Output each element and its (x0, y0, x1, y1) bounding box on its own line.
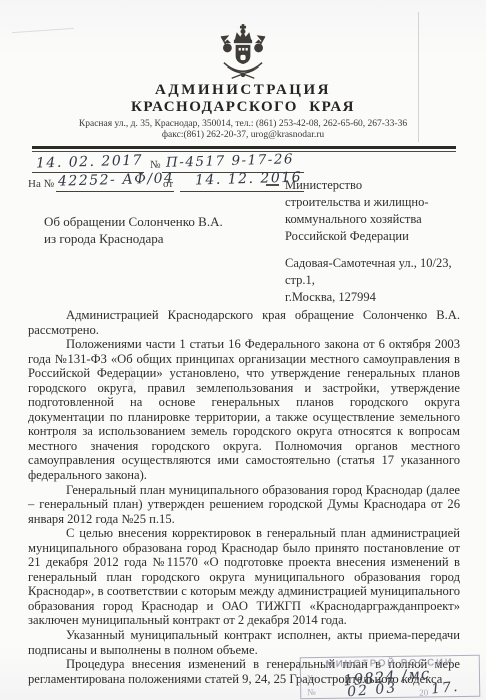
recipient-name-line2: строительства и жилищно- (285, 194, 475, 211)
subject-line1: Об обращении Солонченко В.А. (44, 213, 274, 230)
krasnodar-krai-coat-of-arms-icon (217, 24, 269, 84)
body-paragraph-4: С целью внесения корректировок в генерал… (28, 526, 460, 628)
letter-body: Администрацией Краснодарского края обращ… (28, 308, 460, 686)
body-paragraph-5: Указанный муниципальный контракт исполне… (28, 628, 460, 657)
minstroy-registration-stamp: МИНСТРОЙ РОССИИ № 19824 /мс № 02 03 20 1… (300, 655, 481, 700)
scanned-letter-page: { "header": { "emblem": "krasnodar-krai-… (0, 0, 486, 700)
recipient-address-line1: Садовая-Самотечная ул., 10/23, (285, 255, 475, 272)
recipient-address-line3: г.Москва, 127994 (285, 289, 475, 306)
outgoing-number-handwritten: П-4517 9-17-26 (166, 151, 294, 171)
org-contact-line2: факс:(861) 262-20-37, urog@krasnodar.ru (0, 130, 486, 140)
pencil-mark (12, 28, 74, 33)
stamp-date-handwritten: 02 03 (347, 680, 398, 700)
incoming-ot-label: от (163, 178, 173, 190)
header-rule-thick (32, 146, 456, 149)
stamp-year-prefix: 20 (419, 687, 428, 697)
recipient-name-line3: коммунального хозяйства (285, 211, 475, 228)
stamp-date-label: № (307, 687, 316, 697)
incoming-label: На № (28, 178, 54, 190)
recipient-dash-mark (266, 184, 279, 186)
body-paragraph-1: Администрацией Краснодарского края обращ… (28, 308, 460, 337)
org-contact-line1: Красная ул., д. 35, Краснодар, 350014, т… (0, 119, 486, 129)
org-name-line1: АДМИНИСТРАЦИЯ (0, 82, 486, 99)
stamp-year-handwritten: 17. (430, 679, 460, 698)
recipient-name-line4: Российской Федерации (285, 228, 475, 245)
subject-line2: из города Краснодара (44, 230, 274, 247)
body-paragraph-3: Генеральный план муниципального образова… (28, 483, 460, 527)
org-name-line2: КРАСНОДАРСКОГО КРАЯ (0, 99, 486, 116)
outgoing-date-handwritten: 14. 02. 2017 (36, 153, 143, 172)
incoming-number-handwritten: 42252- АФ/04 (58, 170, 175, 189)
stamp-number-label: № (307, 673, 316, 683)
incoming-number-line (56, 190, 174, 192)
recipient-name-line1: Министерство (285, 177, 475, 194)
recipient-address-line2: стр.1, (285, 272, 475, 289)
outgoing-number-label: № (150, 159, 161, 171)
body-paragraph-2: Положениями части 1 статьи 16 Федерально… (28, 337, 460, 482)
